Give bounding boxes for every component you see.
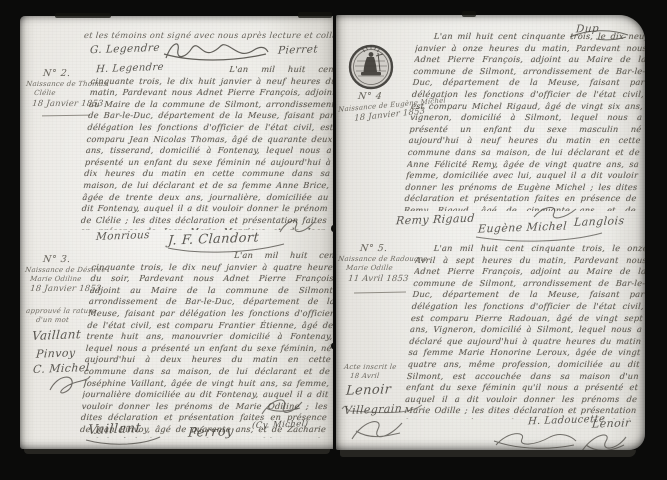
right-page: Dup [336, 15, 645, 450]
signature-perroy: Pérroy [187, 424, 234, 441]
signature-flourish [84, 434, 162, 446]
act2-body: L'an mil huit cent cinquante trois, le d… [80, 64, 333, 230]
signature-monrious: Monrious [96, 229, 151, 243]
scan-edge-mark [55, 13, 111, 18]
margin-rule [354, 292, 406, 294]
margin-rule [42, 115, 90, 117]
scan-edge-mark [298, 12, 332, 18]
signature-remy-rigaud: Remy Rigaud [396, 212, 476, 228]
margin-act-number: N° 2. [42, 68, 71, 79]
signature-vaillant: Vaillant [32, 327, 82, 343]
gutter-ink-spot [331, 225, 336, 232]
signature-flourish [492, 427, 578, 450]
paraph-flourish [532, 203, 578, 223]
paraph-flourish [578, 429, 628, 450]
revenue-stamp-seal [347, 41, 395, 95]
margin-act-number: N° 5. [359, 243, 388, 254]
paraph-flourish [348, 415, 404, 447]
signature-langlois: Langlois [574, 214, 625, 229]
margin-approval-note: d'un mot [36, 316, 70, 326]
signature-flourish [474, 229, 604, 243]
margin-act-title: Marie Odille [346, 264, 394, 274]
document-scan: N° 2. Naissance de Thomas Clélie 18 Janv… [0, 0, 667, 480]
margin-registry-note: 18 Avril [350, 372, 380, 382]
margin-act-number: N° 4 [357, 91, 382, 102]
signature-lenoir: Lenoir [345, 382, 391, 399]
act5-body: L'an mil huit cent cinquante trois, le o… [404, 243, 645, 419]
page-under-edge [340, 450, 636, 457]
signature-legendre: G. Legendre [90, 42, 161, 56]
gutter-ink-spot [331, 343, 335, 349]
signature-pierret: Pierret [278, 43, 319, 56]
margin-act-title: Clélie [34, 89, 57, 99]
paraph-flourish [258, 394, 304, 420]
signature-flourish [162, 38, 270, 64]
margin-act-date: 11 Avril 1853 [348, 275, 410, 285]
scan-edge-mark [462, 11, 476, 17]
signature-pinvoy: Pinvoy [36, 346, 76, 360]
page-under-edge [24, 449, 330, 454]
signature-cy-michel: (Cy. Michel) [252, 419, 309, 431]
margin-act-number: N° 3. [42, 254, 71, 265]
left-page: N° 2. Naissance de Thomas Clélie 18 Janv… [20, 16, 333, 449]
signature-flourish [340, 399, 424, 415]
paraph-flourish [276, 216, 316, 238]
act4-body: L'an mil huit cent cinquante trois, le d… [404, 31, 645, 211]
